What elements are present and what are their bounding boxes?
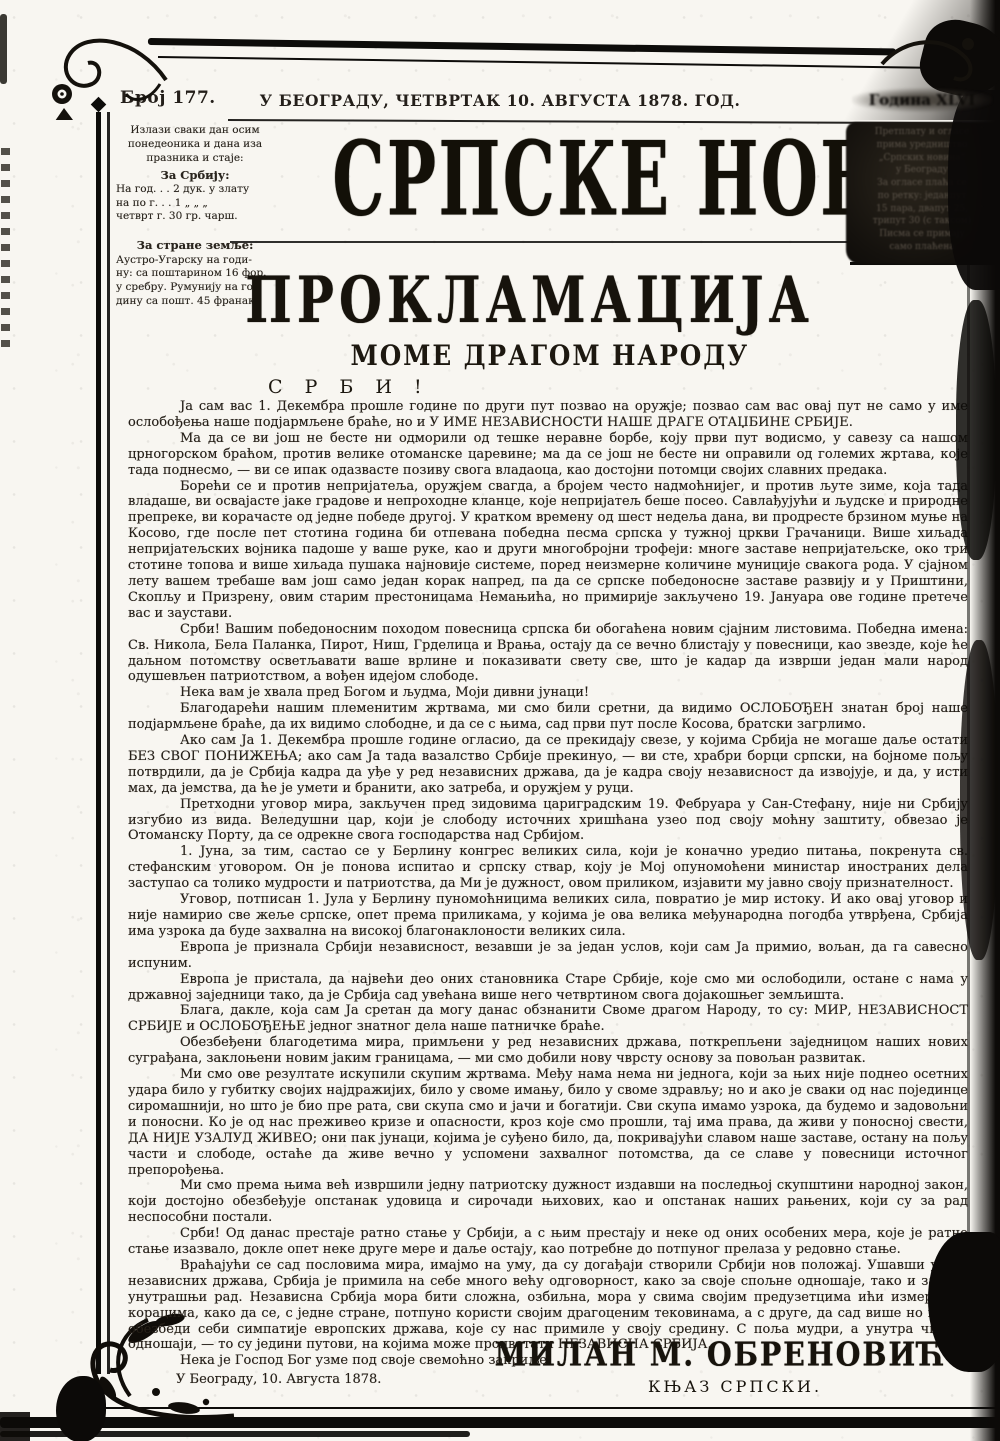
body-paragraph: Нека вам је хвала пред Богом и људма, Мо… <box>128 685 968 701</box>
body-paragraph: Обезбеђени благодетима мира, примљени у … <box>128 1035 968 1067</box>
newspaper-page: Број 177. У БЕОГРАДУ, ЧЕТВРТАК 10. АВГУС… <box>0 0 1000 1441</box>
body-paragraph: Европа је пристала, да највећи део оних … <box>128 972 968 1004</box>
proclamation-title-block: ПРОКЛАМАЦИЈА <box>180 268 880 326</box>
body-paragraph: Срби! Од данас престаје ратно стање у Ср… <box>128 1226 968 1258</box>
body-paragraph: 1. Јуна, за тим, састао се у Берлину кон… <box>128 844 968 892</box>
bottom-border-rule <box>0 1431 470 1437</box>
foreign-price-heading: За стране земље: <box>116 238 274 253</box>
signature-block: МИЛАН М. ОБРЕНОВИЋ IV. с. р. КЊАЗ СРПСКИ… <box>480 1336 990 1396</box>
info-line: у Београду <box>846 164 998 177</box>
info-line: по ретку: једанпут <box>846 190 998 203</box>
info-line: 15 пара, двапут 25, <box>846 203 998 216</box>
proclamation-subtitle: МОМЕ ДРАГОМ НАРОДУ <box>351 340 750 372</box>
masthead-dateline: У БЕОГРАДУ, ЧЕТВРТАК 10. АВГУСТА 1878. Г… <box>230 91 770 110</box>
left-border-rule <box>96 112 101 1374</box>
advert-info-box: Претплату и огласеприма уредништво„Српск… <box>846 122 998 264</box>
year-label: Година XLVI <box>852 88 992 112</box>
body-paragraphs: Ја сам вас 1. Декембра прошле године по … <box>128 399 968 1369</box>
body-paragraph: Борећи се и против непријатеља, оружјем … <box>128 479 968 622</box>
body-paragraph: Претходни уговор мира, закључен пред зид… <box>128 797 968 845</box>
signature-title: КЊАЗ СРПСКИ. <box>480 1377 990 1396</box>
proclamation-title: ПРОКЛАМАЦИЈА <box>246 268 815 332</box>
proclamation-subtitle-block: МОМЕ ДРАГОМ НАРОДУ <box>280 340 820 370</box>
body-paragraph: Ако сам Ја 1. Декембра прошле године огл… <box>128 733 968 797</box>
proclamation-body: Ја сам вас 1. Декембра прошле године по … <box>128 399 968 1388</box>
body-paragraph: Ја сам вас 1. Декембра прошле године по … <box>128 399 968 431</box>
salutation: С Р Б И ! <box>268 376 430 398</box>
corner-flourish-top-right <box>878 28 978 92</box>
corner-flourish-top-left <box>38 18 173 120</box>
info-line: Претплату и огласе <box>846 126 998 139</box>
margin-print-marks <box>1 148 10 348</box>
body-paragraph: Ма да се ви још не бесте ни одморили од … <box>128 431 968 479</box>
info-line: само плаћена <box>846 241 998 254</box>
signature-name: МИЛАН М. ОБРЕНОВИЋ IV. с. р. <box>495 1336 1000 1375</box>
left-border-rule <box>107 112 110 1374</box>
body-paragraph: Блага, дакле, која сам Ја сретан да могу… <box>128 1003 968 1035</box>
body-paragraph: Срби! Вашим победоносним походом повесни… <box>128 622 968 686</box>
info-line: „Српских новина“ <box>846 152 998 165</box>
top-border-rule <box>148 38 896 55</box>
info-line: четврт г. 30 гр. чарш. <box>116 210 274 224</box>
body-paragraph: Ми смо ове резултате искупили скупим жрт… <box>128 1067 968 1178</box>
body-paragraph: Уговор, потписан 1. Јула у Берлину пуном… <box>128 892 968 940</box>
info-line: прима уредништво <box>846 139 998 152</box>
spacer <box>116 224 274 236</box>
body-paragraph: Ми смо према њима већ извршили једну пат… <box>128 1178 968 1226</box>
info-line: трипут 30 (с таксом) <box>846 215 998 228</box>
top-border-rule-thin <box>158 56 958 69</box>
body-paragraph: Благодарећи нашим племенитим жртвама, ми… <box>128 701 968 733</box>
body-paragraph: Европа је признала Србији независност, в… <box>128 940 968 972</box>
margin-print-marks <box>0 14 7 84</box>
info-line: За огласе плаћа се <box>846 177 998 190</box>
info-line: Писма се примају <box>846 228 998 241</box>
